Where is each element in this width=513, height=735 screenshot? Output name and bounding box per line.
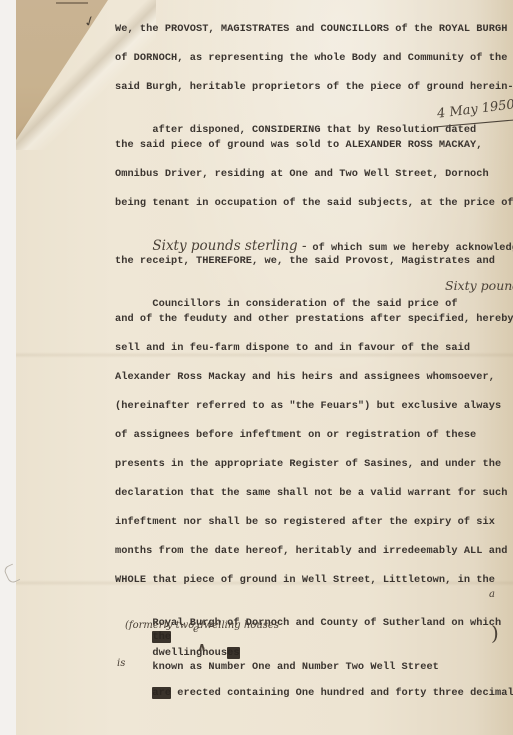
handwritten-insert-is: is: [117, 657, 125, 671]
text-line-4-typed: after disponed, CONSIDERING that by Reso…: [152, 124, 476, 136]
text-line-14: (hereinafter referred to as "the Feuars"…: [115, 399, 501, 413]
text-line-10-typed: Councillors in consideration of the said…: [152, 298, 457, 310]
text-line-3: said Burgh, heritable proprietors of the…: [115, 80, 513, 94]
text-line-6: Omnibus Driver, residing at One and Two …: [115, 167, 489, 181]
handwritten-price: Sixty pounds sterling -: [152, 239, 312, 253]
text-line-23: are erected containing One hundred and f…: [115, 672, 513, 714]
text-line-8-typed: of which sum we hereby acknowledge: [312, 242, 513, 254]
caret-icon: ∧: [197, 640, 207, 654]
text-line-13: Alexander Ross Mackay and his heirs and …: [115, 370, 495, 384]
handwritten-price-wrap: Sixty pounds stg: [445, 283, 513, 297]
scan-margin: [0, 0, 16, 735]
text-line-11: and of the feuduty and other prestations…: [115, 312, 513, 326]
text-line-9: the receipt, THEREFORE, we, the said Pro…: [115, 254, 495, 268]
text-line-7: being tenant in occupation of the said s…: [115, 196, 513, 210]
text-line-23-typed: erected containing One hundred and forty…: [177, 687, 513, 699]
text-line-15: of assignees before infeftment on or reg…: [115, 428, 476, 442]
text-line-22-typed-a: dwellinghous: [152, 647, 227, 659]
text-line-19: months from the date hereof, heritably a…: [115, 544, 507, 558]
handwritten-insert-a: a: [489, 588, 495, 602]
text-line-2: of DORNOCH, as representing the whole Bo…: [115, 51, 507, 65]
scanned-document: ✓ We, the PROVOST, MAGISTRATES and COUNC…: [0, 0, 513, 735]
cover-mark: [56, 2, 88, 4]
handwritten-insert-e: e: [193, 623, 199, 637]
handwritten-close-bracket: ): [491, 626, 499, 640]
text-line-20: WHOLE that piece of ground in Well Stree…: [115, 573, 495, 587]
text-line-1: We, the PROVOST, MAGISTRATES and COUNCIL…: [115, 22, 507, 36]
handwritten-price-repeat: Sixty pounds stg: [445, 279, 513, 293]
text-line-18: infeftment nor shall be so registered af…: [115, 515, 495, 529]
handwritten-formerly: (formerly two dwelling houses: [125, 619, 279, 633]
text-line-12: sell and in feu-farm dispone to and in f…: [115, 341, 470, 355]
struck-word: are: [152, 687, 171, 699]
text-line-16: presents in the appropriate Register of …: [115, 457, 501, 471]
text-line-17: declaration that the same shall not be a…: [115, 486, 507, 500]
text-line-10: Councillors in consideration of the said…: [115, 283, 513, 339]
text-line-5: the said piece of ground was sold to ALE…: [115, 138, 483, 152]
struck-word: es: [227, 647, 239, 659]
